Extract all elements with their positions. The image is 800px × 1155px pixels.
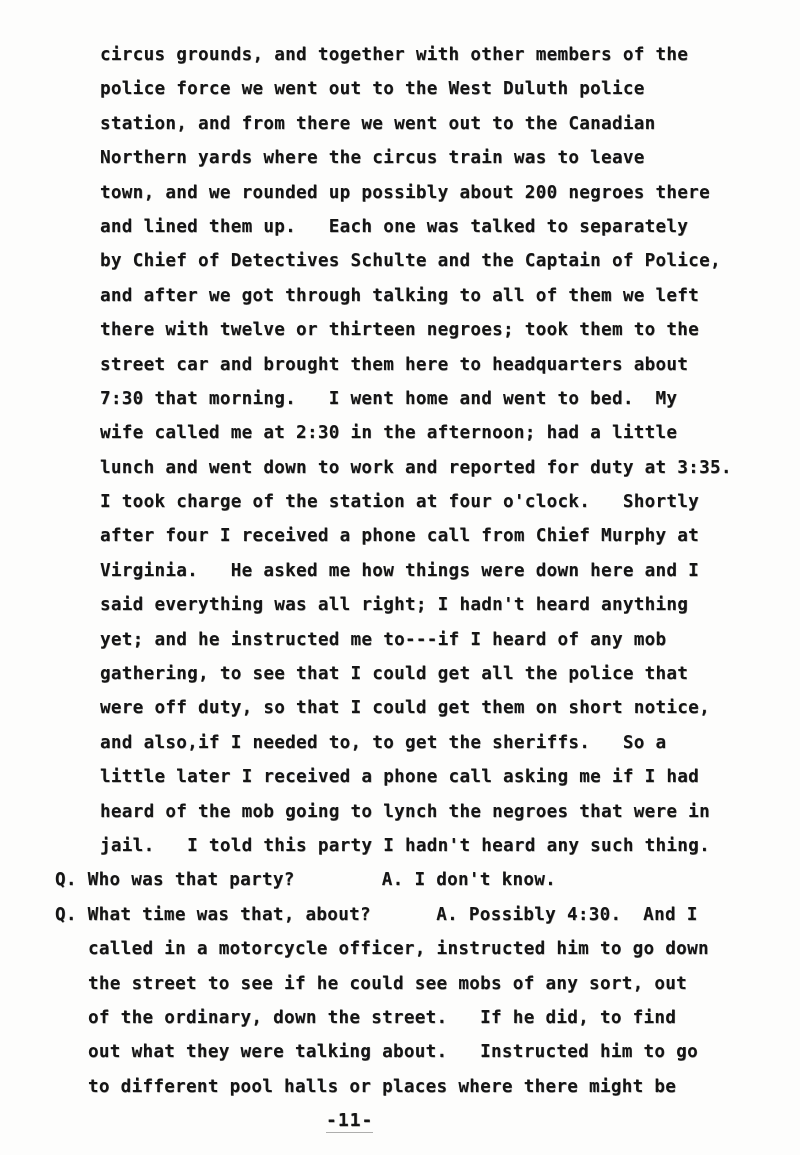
text-line: town, and we rounded up possibly about 2… <box>100 176 800 210</box>
text-line: police force we went out to the West Dul… <box>100 72 800 106</box>
text-line: yet; and he instructed me to---if I hear… <box>100 623 800 657</box>
page-number: -11- <box>326 1110 373 1133</box>
text-line: heard of the mob going to lynch the negr… <box>100 795 800 829</box>
text-line: and also,if I needed to, to get the sher… <box>100 726 800 760</box>
text-line: after four I received a phone call from … <box>100 519 800 553</box>
text-line: by Chief of Detectives Schulte and the C… <box>100 244 800 278</box>
text-line: gathering, to see that I could get all t… <box>100 657 800 691</box>
text-line: 7:30 that morning. I went home and went … <box>100 382 800 416</box>
text-line: to different pool halls or places where … <box>88 1070 800 1104</box>
text-line: wife called me at 2:30 in the afternoon;… <box>100 416 800 450</box>
text-line: station, and from there we went out to t… <box>100 107 800 141</box>
text-line: the street to see if he could see mobs o… <box>88 967 800 1001</box>
text-line: out what they were talking about. Instru… <box>88 1035 800 1069</box>
text-line: little later I received a phone call ask… <box>100 760 800 794</box>
text-line: Q. Who was that party? A. I don't know. <box>55 863 800 897</box>
text-line: street car and brought them here to head… <box>100 348 800 382</box>
text-line: called in a motorcycle officer, instruct… <box>88 932 800 966</box>
text-line: and after we got through talking to all … <box>100 279 800 313</box>
text-line: Q. What time was that, about? A. Possibl… <box>55 898 800 932</box>
transcript-text: circus grounds, and together with other … <box>0 38 800 1104</box>
text-line: jail. I told this party I hadn't heard a… <box>100 829 800 863</box>
text-line: said everything was all right; I hadn't … <box>100 588 800 622</box>
document-page: circus grounds, and together with other … <box>0 0 800 1155</box>
text-line: Virginia. He asked me how things were do… <box>100 554 800 588</box>
text-line: of the ordinary, down the street. If he … <box>88 1001 800 1035</box>
text-line: circus grounds, and together with other … <box>100 38 800 72</box>
text-line: lunch and went down to work and reported… <box>100 451 800 485</box>
text-line: I took charge of the station at four o'c… <box>100 485 800 519</box>
text-line: Northern yards where the circus train wa… <box>100 141 800 175</box>
text-line: and lined them up. Each one was talked t… <box>100 210 800 244</box>
text-line: there with twelve or thirteen negroes; t… <box>100 313 800 347</box>
text-line: were off duty, so that I could get them … <box>100 691 800 725</box>
